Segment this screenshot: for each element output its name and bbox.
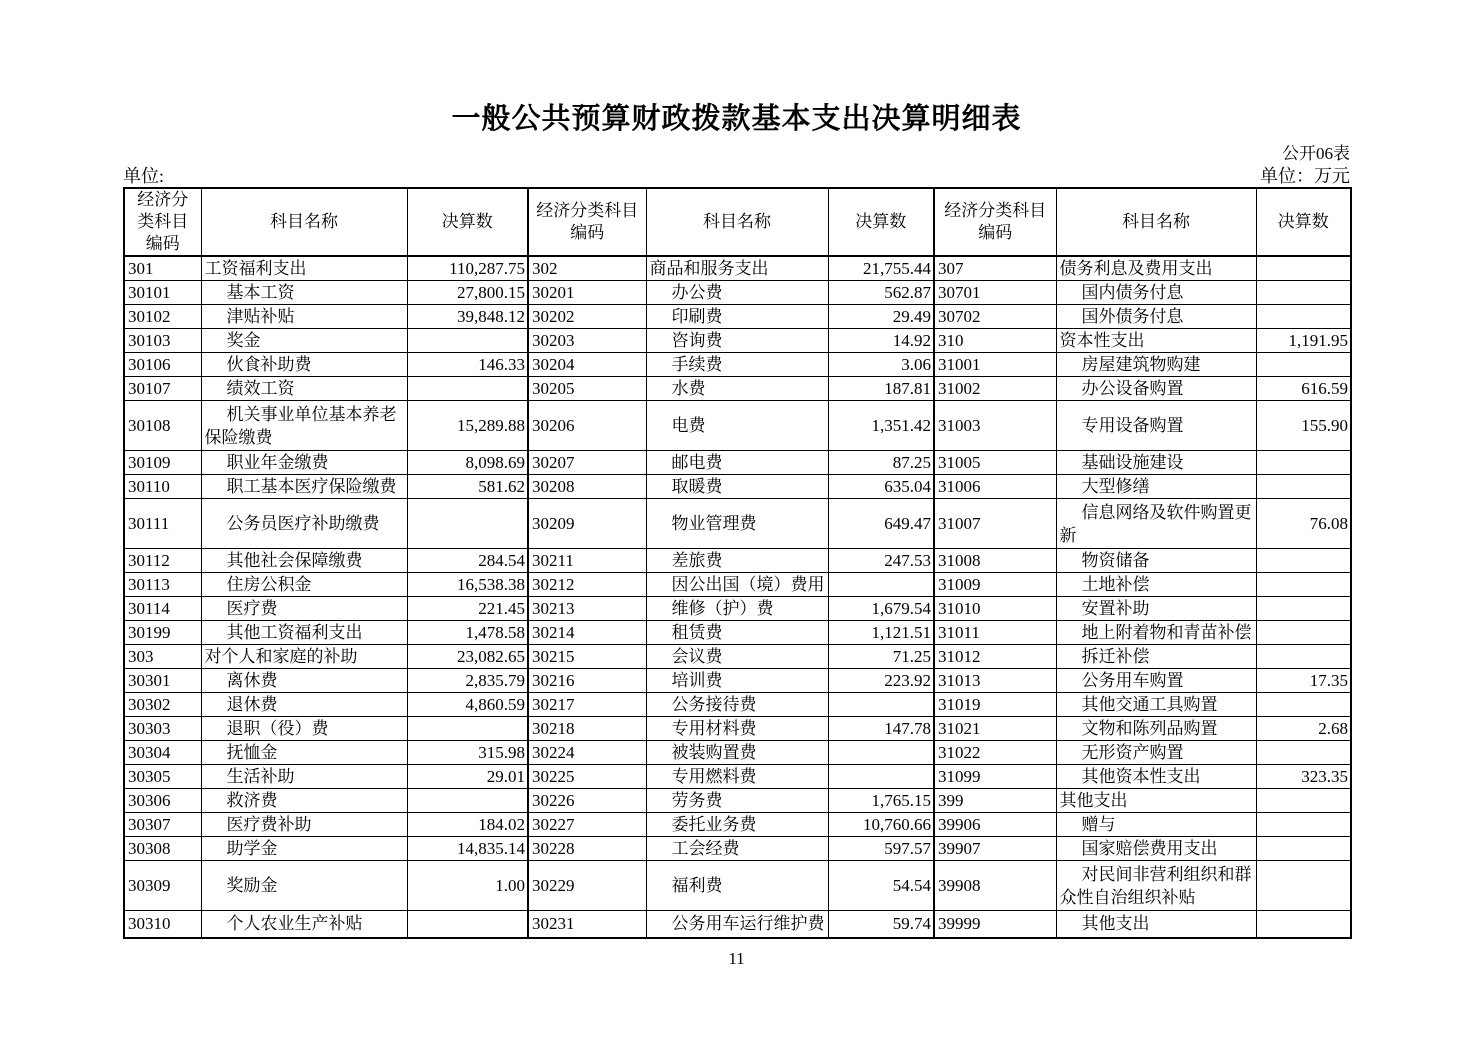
code-cell: 30304 <box>124 741 201 765</box>
name-cell: 工会经费 <box>646 837 828 861</box>
value-cell <box>828 693 934 717</box>
value-cell <box>828 741 934 765</box>
table-row: 30107绩效工资30205水费187.8131002办公设备购置616.59 <box>124 377 1351 401</box>
name-cell: 电费 <box>646 401 828 451</box>
code-cell: 30208 <box>528 475 646 499</box>
value-cell <box>1256 813 1351 837</box>
value-cell: 147.78 <box>828 717 934 741</box>
name-cell: 其他支出 <box>1056 789 1256 813</box>
name-cell: 拆迁补偿 <box>1056 645 1256 669</box>
value-cell: 155.90 <box>1256 401 1351 451</box>
value-cell: 1,351.42 <box>828 401 934 451</box>
table-row: 30308助学金14,835.1430228工会经费597.5739907国家赔… <box>124 837 1351 861</box>
name-cell: 无形资产购置 <box>1056 741 1256 765</box>
value-cell: 17.35 <box>1256 669 1351 693</box>
code-cell: 30202 <box>528 305 646 329</box>
header-name-1: 科目名称 <box>201 188 407 256</box>
name-cell: 差旅费 <box>646 549 828 573</box>
value-cell: 1,478.58 <box>407 621 528 645</box>
name-cell: 房屋建筑物购建 <box>1056 353 1256 377</box>
name-cell: 退休费 <box>201 693 407 717</box>
value-cell <box>1256 281 1351 305</box>
name-cell: 基本工资 <box>201 281 407 305</box>
name-cell: 医疗费补助 <box>201 813 407 837</box>
code-cell: 31002 <box>934 377 1056 401</box>
name-cell: 维修（护）费 <box>646 597 828 621</box>
code-cell: 30211 <box>528 549 646 573</box>
code-cell: 303 <box>124 645 201 669</box>
value-cell: 110,287.75 <box>407 256 528 281</box>
code-cell: 30218 <box>528 717 646 741</box>
code-cell: 39908 <box>934 861 1056 911</box>
value-cell <box>1256 573 1351 597</box>
name-cell: 其他支出 <box>1056 911 1256 938</box>
value-cell: 54.54 <box>828 861 934 911</box>
code-cell: 30112 <box>124 549 201 573</box>
value-cell <box>1256 911 1351 938</box>
code-cell: 30301 <box>124 669 201 693</box>
code-cell: 30216 <box>528 669 646 693</box>
value-cell: 223.92 <box>828 669 934 693</box>
code-cell: 30224 <box>528 741 646 765</box>
value-cell: 284.54 <box>407 549 528 573</box>
value-cell: 14,835.14 <box>407 837 528 861</box>
name-cell: 咨询费 <box>646 329 828 353</box>
code-cell: 30307 <box>124 813 201 837</box>
name-cell: 被装购置费 <box>646 741 828 765</box>
value-cell <box>1256 741 1351 765</box>
value-cell: 247.53 <box>828 549 934 573</box>
code-cell: 30217 <box>528 693 646 717</box>
code-cell: 30108 <box>124 401 201 451</box>
code-cell: 30203 <box>528 329 646 353</box>
form-number-label: 公开06表 <box>123 144 1350 163</box>
code-cell: 30306 <box>124 789 201 813</box>
name-cell: 公务员医疗补助缴费 <box>201 499 407 549</box>
code-cell: 30229 <box>528 861 646 911</box>
value-cell <box>1256 451 1351 475</box>
name-cell: 地上附着物和青苗补偿 <box>1056 621 1256 645</box>
name-cell: 文物和陈列品购置 <box>1056 717 1256 741</box>
name-cell: 公务用车购置 <box>1056 669 1256 693</box>
value-cell <box>1256 353 1351 377</box>
code-cell: 30201 <box>528 281 646 305</box>
code-cell: 30226 <box>528 789 646 813</box>
value-cell <box>1256 789 1351 813</box>
value-cell: 27,800.15 <box>407 281 528 305</box>
name-cell: 会议费 <box>646 645 828 669</box>
value-cell: 39,848.12 <box>407 305 528 329</box>
code-cell: 30214 <box>528 621 646 645</box>
table-row: 30304抚恤金315.9830224被装购置费31022无形资产购置 <box>124 741 1351 765</box>
code-cell: 30114 <box>124 597 201 621</box>
name-cell: 个人农业生产补贴 <box>201 911 407 938</box>
name-cell: 公务接待费 <box>646 693 828 717</box>
name-cell: 奖金 <box>201 329 407 353</box>
code-cell: 399 <box>934 789 1056 813</box>
name-cell: 大型修缮 <box>1056 475 1256 499</box>
value-cell <box>407 329 528 353</box>
name-cell: 其他资本性支出 <box>1056 765 1256 789</box>
name-cell: 公务用车运行维护费 <box>646 911 828 938</box>
page-title: 一般公共预算财政拨款基本支出决算明细表 <box>123 96 1350 137</box>
code-cell: 39907 <box>934 837 1056 861</box>
name-cell: 资本性支出 <box>1056 329 1256 353</box>
code-cell: 30302 <box>124 693 201 717</box>
table-row: 303对个人和家庭的补助23,082.6530215会议费71.2531012拆… <box>124 645 1351 669</box>
value-cell <box>828 765 934 789</box>
name-cell: 债务利息及费用支出 <box>1056 256 1256 281</box>
code-cell: 31013 <box>934 669 1056 693</box>
code-cell: 30204 <box>528 353 646 377</box>
code-cell: 30102 <box>124 305 201 329</box>
code-cell: 31008 <box>934 549 1056 573</box>
code-cell: 30231 <box>528 911 646 938</box>
header-code-2: 经济分类科目编码 <box>528 188 646 256</box>
value-cell: 184.02 <box>407 813 528 837</box>
code-cell: 31005 <box>934 451 1056 475</box>
value-cell: 635.04 <box>828 475 934 499</box>
value-cell: 87.25 <box>828 451 934 475</box>
name-cell: 住房公积金 <box>201 573 407 597</box>
value-cell: 76.08 <box>1256 499 1351 549</box>
code-cell: 30225 <box>528 765 646 789</box>
code-cell: 30305 <box>124 765 201 789</box>
code-cell: 31019 <box>934 693 1056 717</box>
value-cell <box>1256 861 1351 911</box>
code-cell: 30227 <box>528 813 646 837</box>
value-cell <box>1256 256 1351 281</box>
value-cell: 16,538.38 <box>407 573 528 597</box>
value-cell: 146.33 <box>407 353 528 377</box>
value-cell <box>1256 549 1351 573</box>
table-row: 30301离休费2,835.7930216培训费223.9231013公务用车购… <box>124 669 1351 693</box>
code-cell: 31001 <box>934 353 1056 377</box>
table-row: 30112其他社会保障缴费284.5430211差旅费247.5331008物资… <box>124 549 1351 573</box>
table-row: 30307医疗费补助184.0230227委托业务费10,760.6639906… <box>124 813 1351 837</box>
name-cell: 基础设施建设 <box>1056 451 1256 475</box>
value-cell: 1,679.54 <box>828 597 934 621</box>
name-cell: 职业年金缴费 <box>201 451 407 475</box>
code-cell: 30111 <box>124 499 201 549</box>
unit-label-right: 单位：万元 <box>1260 166 1350 186</box>
value-cell: 1,191.95 <box>1256 329 1351 353</box>
header-value-3: 决算数 <box>1256 188 1351 256</box>
name-cell: 印刷费 <box>646 305 828 329</box>
name-cell: 离休费 <box>201 669 407 693</box>
value-cell: 4,860.59 <box>407 693 528 717</box>
name-cell: 培训费 <box>646 669 828 693</box>
value-cell: 315.98 <box>407 741 528 765</box>
name-cell: 邮电费 <box>646 451 828 475</box>
code-cell: 31021 <box>934 717 1056 741</box>
name-cell: 物业管理费 <box>646 499 828 549</box>
code-cell: 30215 <box>528 645 646 669</box>
value-cell: 23,082.65 <box>407 645 528 669</box>
table-row: 30110职工基本医疗保险缴费581.6230208取暖费635.0431006… <box>124 475 1351 499</box>
value-cell: 597.57 <box>828 837 934 861</box>
value-cell <box>407 499 528 549</box>
table-row: 30113住房公积金16,538.3830212因公出国（境）费用31009土地… <box>124 573 1351 597</box>
value-cell: 581.62 <box>407 475 528 499</box>
table-row: 301工资福利支出110,287.75302商品和服务支出21,755.4430… <box>124 256 1351 281</box>
name-cell: 办公设备购置 <box>1056 377 1256 401</box>
unit-label-left: 单位: <box>123 166 164 186</box>
name-cell: 安置补助 <box>1056 597 1256 621</box>
value-cell: 14.92 <box>828 329 934 353</box>
value-cell: 1,121.51 <box>828 621 934 645</box>
code-cell: 31011 <box>934 621 1056 645</box>
name-cell: 伙食补助费 <box>201 353 407 377</box>
name-cell: 奖励金 <box>201 861 407 911</box>
name-cell: 专用材料费 <box>646 717 828 741</box>
name-cell: 机关事业单位基本养老保险缴费 <box>201 401 407 451</box>
value-cell: 562.87 <box>828 281 934 305</box>
value-cell <box>407 717 528 741</box>
name-cell: 绩效工资 <box>201 377 407 401</box>
code-cell: 30212 <box>528 573 646 597</box>
table-row: 30102津贴补贴39,848.1230202印刷费29.4930702国外债务… <box>124 305 1351 329</box>
value-cell: 21,755.44 <box>828 256 934 281</box>
name-cell: 国家赔偿费用支出 <box>1056 837 1256 861</box>
code-cell: 39999 <box>934 911 1056 938</box>
name-cell: 取暖费 <box>646 475 828 499</box>
code-cell: 30106 <box>124 353 201 377</box>
table-row: 30103奖金30203咨询费14.92310资本性支出1,191.95 <box>124 329 1351 353</box>
value-cell: 29.49 <box>828 305 934 329</box>
table-row: 30114医疗费221.4530213维修（护）费1,679.5431010安置… <box>124 597 1351 621</box>
name-cell: 国外债务付息 <box>1056 305 1256 329</box>
name-cell: 职工基本医疗保险缴费 <box>201 475 407 499</box>
name-cell: 退职（役）费 <box>201 717 407 741</box>
name-cell: 水费 <box>646 377 828 401</box>
unit-row: 单位: 单位：万元 <box>123 166 1350 186</box>
name-cell: 其他工资福利支出 <box>201 621 407 645</box>
header-value-2: 决算数 <box>828 188 934 256</box>
value-cell: 323.35 <box>1256 765 1351 789</box>
code-cell: 30308 <box>124 837 201 861</box>
value-cell: 187.81 <box>828 377 934 401</box>
name-cell: 赠与 <box>1056 813 1256 837</box>
code-cell: 30209 <box>528 499 646 549</box>
table-row: 30109职业年金缴费8,098.6930207邮电费87.2531005基础设… <box>124 451 1351 475</box>
table-row: 30199其他工资福利支出1,478.5830214租赁费1,121.51310… <box>124 621 1351 645</box>
name-cell: 因公出国（境）费用 <box>646 573 828 597</box>
table-row: 30106伙食补助费146.3330204手续费3.0631001房屋建筑物购建 <box>124 353 1351 377</box>
budget-table: 经济分类科目编码 科目名称 决算数 经济分类科目编码 科目名称 决算数 经济分类… <box>123 187 1352 939</box>
value-cell <box>1256 693 1351 717</box>
value-cell: 2.68 <box>1256 717 1351 741</box>
code-cell: 30207 <box>528 451 646 475</box>
table-row: 30101基本工资27,800.1530201办公费562.8730701国内债… <box>124 281 1351 305</box>
name-cell: 工资福利支出 <box>201 256 407 281</box>
code-cell: 31003 <box>934 401 1056 451</box>
value-cell: 616.59 <box>1256 377 1351 401</box>
value-cell <box>407 377 528 401</box>
value-cell <box>1256 597 1351 621</box>
value-cell <box>1256 645 1351 669</box>
code-cell: 30205 <box>528 377 646 401</box>
value-cell: 1.00 <box>407 861 528 911</box>
value-cell: 15,289.88 <box>407 401 528 451</box>
name-cell: 助学金 <box>201 837 407 861</box>
table-row: 30108机关事业单位基本养老保险缴费15,289.8830206电费1,351… <box>124 401 1351 451</box>
header-code-3: 经济分类科目编码 <box>934 188 1056 256</box>
name-cell: 信息网络及软件购置更新 <box>1056 499 1256 549</box>
table-row: 30303退职（役）费30218专用材料费147.7831021文物和陈列品购置… <box>124 717 1351 741</box>
table-row: 30306救济费30226劳务费1,765.15399其他支出 <box>124 789 1351 813</box>
code-cell: 30701 <box>934 281 1056 305</box>
name-cell: 专用燃料费 <box>646 765 828 789</box>
name-cell: 劳务费 <box>646 789 828 813</box>
name-cell: 救济费 <box>201 789 407 813</box>
name-cell: 租赁费 <box>646 621 828 645</box>
code-cell: 30702 <box>934 305 1056 329</box>
name-cell: 手续费 <box>646 353 828 377</box>
header-row: 经济分类科目编码 科目名称 决算数 经济分类科目编码 科目名称 决算数 经济分类… <box>124 188 1351 256</box>
value-cell <box>407 789 528 813</box>
name-cell: 办公费 <box>646 281 828 305</box>
table-body: 301工资福利支出110,287.75302商品和服务支出21,755.4430… <box>124 256 1351 938</box>
code-cell: 39906 <box>934 813 1056 837</box>
header-code-1: 经济分类科目编码 <box>124 188 201 256</box>
code-cell: 31009 <box>934 573 1056 597</box>
name-cell: 专用设备购置 <box>1056 401 1256 451</box>
code-cell: 302 <box>528 256 646 281</box>
value-cell: 649.47 <box>828 499 934 549</box>
code-cell: 301 <box>124 256 201 281</box>
value-cell <box>407 911 528 938</box>
value-cell: 3.06 <box>828 353 934 377</box>
value-cell: 10,760.66 <box>828 813 934 837</box>
page-number: 11 <box>123 949 1350 969</box>
code-cell: 31022 <box>934 741 1056 765</box>
name-cell: 其他社会保障缴费 <box>201 549 407 573</box>
table-row: 30302退休费4,860.5930217公务接待费31019其他交通工具购置 <box>124 693 1351 717</box>
code-cell: 31012 <box>934 645 1056 669</box>
code-cell: 30199 <box>124 621 201 645</box>
code-cell: 31006 <box>934 475 1056 499</box>
value-cell: 221.45 <box>407 597 528 621</box>
value-cell <box>1256 475 1351 499</box>
name-cell: 其他交通工具购置 <box>1056 693 1256 717</box>
code-cell: 30310 <box>124 911 201 938</box>
name-cell: 医疗费 <box>201 597 407 621</box>
header-name-3: 科目名称 <box>1056 188 1256 256</box>
code-cell: 30109 <box>124 451 201 475</box>
document-page: 一般公共预算财政拨款基本支出决算明细表 公开06表 单位: 单位：万元 经济分类… <box>0 0 1474 1042</box>
value-cell <box>1256 837 1351 861</box>
table-header: 经济分类科目编码 科目名称 决算数 经济分类科目编码 科目名称 决算数 经济分类… <box>124 188 1351 256</box>
name-cell: 国内债务付息 <box>1056 281 1256 305</box>
name-cell: 委托业务费 <box>646 813 828 837</box>
code-cell: 30206 <box>528 401 646 451</box>
name-cell: 福利费 <box>646 861 828 911</box>
name-cell: 对民间非营利组织和群众性自治组织补贴 <box>1056 861 1256 911</box>
document-content: 一般公共预算财政拨款基本支出决算明细表 公开06表 单位: 单位：万元 经济分类… <box>123 0 1350 969</box>
code-cell: 310 <box>934 329 1056 353</box>
table-row: 30309奖励金1.0030229福利费54.5439908对民间非营利组织和群… <box>124 861 1351 911</box>
code-cell: 31007 <box>934 499 1056 549</box>
name-cell: 物资储备 <box>1056 549 1256 573</box>
code-cell: 30107 <box>124 377 201 401</box>
name-cell: 商品和服务支出 <box>646 256 828 281</box>
table-row: 30310个人农业生产补贴30231公务用车运行维护费59.7439999其他支… <box>124 911 1351 938</box>
value-cell: 2,835.79 <box>407 669 528 693</box>
table-row: 30305生活补助29.0130225专用燃料费31099其他资本性支出323.… <box>124 765 1351 789</box>
value-cell: 1,765.15 <box>828 789 934 813</box>
name-cell: 抚恤金 <box>201 741 407 765</box>
header-name-2: 科目名称 <box>646 188 828 256</box>
code-cell: 30103 <box>124 329 201 353</box>
code-cell: 31010 <box>934 597 1056 621</box>
name-cell: 对个人和家庭的补助 <box>201 645 407 669</box>
code-cell: 31099 <box>934 765 1056 789</box>
value-cell: 59.74 <box>828 911 934 938</box>
value-cell: 29.01 <box>407 765 528 789</box>
value-cell <box>1256 621 1351 645</box>
name-cell: 生活补助 <box>201 765 407 789</box>
code-cell: 307 <box>934 256 1056 281</box>
value-cell: 8,098.69 <box>407 451 528 475</box>
code-cell: 30113 <box>124 573 201 597</box>
code-cell: 30228 <box>528 837 646 861</box>
header-value-1: 决算数 <box>407 188 528 256</box>
value-cell <box>1256 305 1351 329</box>
name-cell: 津贴补贴 <box>201 305 407 329</box>
code-cell: 30309 <box>124 861 201 911</box>
code-cell: 30101 <box>124 281 201 305</box>
code-cell: 30110 <box>124 475 201 499</box>
table-row: 30111公务员医疗补助缴费30209物业管理费649.4731007信息网络及… <box>124 499 1351 549</box>
value-cell: 71.25 <box>828 645 934 669</box>
value-cell <box>828 573 934 597</box>
name-cell: 土地补偿 <box>1056 573 1256 597</box>
code-cell: 30213 <box>528 597 646 621</box>
code-cell: 30303 <box>124 717 201 741</box>
